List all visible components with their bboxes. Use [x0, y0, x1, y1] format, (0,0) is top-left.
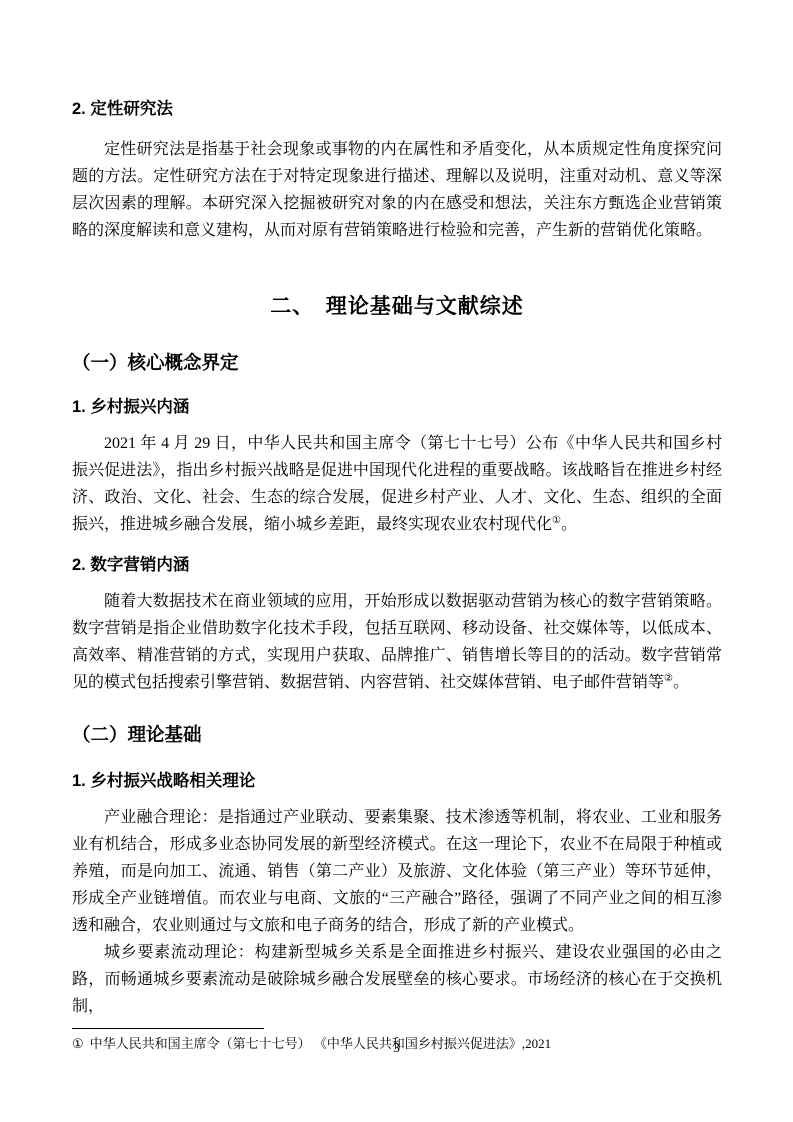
heading-rural-revitalization: 1. 乡村振兴内涵 — [72, 396, 722, 418]
footnote-separator — [72, 1028, 264, 1029]
heading-rural-strategy-theory: 1. 乡村振兴战略相关理论 — [72, 770, 722, 792]
paragraph-rural-text: 2021 年 4 月 29 日，中华人民共和国主席令（第七十七号）公布《中华人民… — [72, 435, 722, 533]
heading-theoretical-basis: （二）理论基础 — [72, 722, 722, 748]
paragraph-digital-marketing: 随着大数据技术在商业领域的应用，开始形成以数据驱动营销为核心的数字营销策略。数字… — [72, 588, 722, 696]
paragraph-qualitative-method: 定性研究法是指基于社会现象或事物的内在属性和矛盾变化，从本质规定性角度探究问题的… — [72, 136, 722, 244]
page-number: 3 — [0, 1040, 793, 1056]
paragraph-digital-text: 随着大数据技术在商业领域的应用，开始形成以数据驱动营销为核心的数字营销策略。数字… — [72, 593, 722, 691]
heading-core-concepts: （一）核心概念界定 — [72, 350, 722, 376]
paragraph-digital-tail: 。 — [673, 674, 689, 691]
footnote-ref-2: ② — [664, 673, 673, 684]
heading-chapter-2: 二、 理论基础与文献综述 — [72, 292, 722, 322]
paragraph-urban-rural-flow-theory: 城乡要素流动理论：构建新型城乡关系是全面推进乡村振兴、建设农业强国的必由之路，而… — [72, 939, 722, 1020]
paragraph-industry-integration-theory: 产业融合理论：是指通过产业联动、要素集聚、技术渗透等机制，将农业、工业和服务业有… — [72, 804, 722, 939]
heading-digital-marketing: 2. 数字营销内涵 — [72, 554, 722, 576]
paragraph-rural-revitalization: 2021 年 4 月 29 日，中华人民共和国主席令（第七十七号）公布《中华人民… — [72, 430, 722, 538]
heading-qualitative-method: 2. 定性研究法 — [72, 98, 722, 120]
document-page: 2. 定性研究法 定性研究法是指基于社会现象或事物的内在属性和矛盾变化，从本质规… — [0, 0, 793, 1122]
footnote-ref-1: ① — [552, 515, 561, 526]
paragraph-rural-tail: 。 — [561, 516, 577, 533]
